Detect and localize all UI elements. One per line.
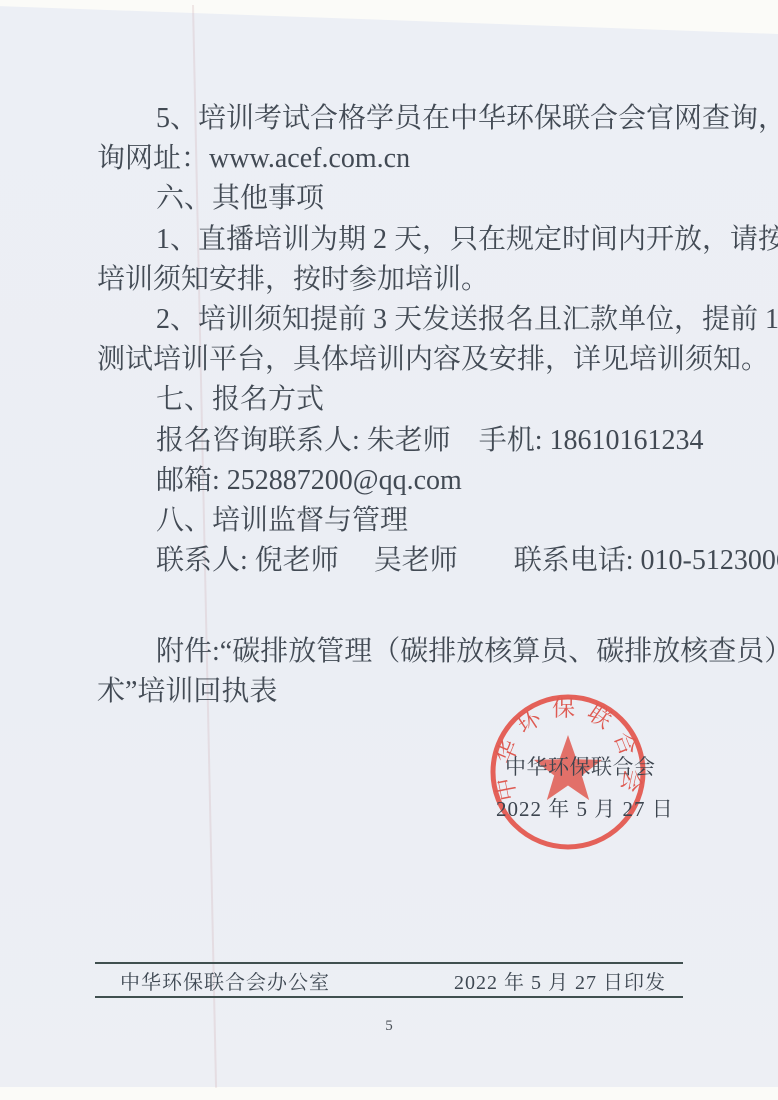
scan-edge-bottom (0, 1087, 778, 1100)
section-heading: 六、其他事项 (97, 179, 697, 219)
signature-date: 2022 年 5 月 27 日 (496, 793, 674, 823)
attachment-line: 附件:“碳排放管理（碳排放核算员、碳排放核查员）技 (97, 632, 697, 672)
body-line: 联系人: 倪老师 吴老师 联系电话: 010-51230063 (97, 541, 697, 581)
body-line: 5、培训考试合格学员在中华环保联合会官网查询，查 (97, 99, 697, 139)
section-heading: 八、培训监督与管理 (97, 501, 697, 541)
section-heading: 七、报名方式 (97, 380, 697, 420)
body-line: 测试培训平台，具体培训内容及安排，详见培训须知。 (97, 340, 697, 380)
body-line: 邮箱: 252887200@qq.com (97, 461, 697, 501)
body-line: 培训须知安排，按时参加培训。 (97, 260, 697, 300)
footer-print-date: 2022 年 5 月 27 日印发 (454, 966, 666, 995)
document-body: 5、培训考试合格学员在中华环保联合会官网查询，查 询网址：www.acef.co… (97, 99, 697, 713)
body-line: 报名咨询联系人: 朱老师 手机: 18610161234 (97, 421, 697, 461)
body-line: 询网址：www.acef.com.cn (97, 139, 697, 179)
page-number: 5 (0, 1018, 778, 1035)
footer-rule-bottom (95, 996, 683, 998)
footer-rule-top (95, 962, 683, 964)
footer-issuing-office: 中华环保联合会办公室 (120, 966, 330, 995)
signature-organization: 中华环保联合会 (505, 751, 656, 781)
attachment-line: 术”培训回执表 (97, 672, 697, 712)
body-line: 2、培训须知提前 3 天发送报名且汇款单位，提前 1 天 (97, 300, 697, 340)
body-line: 1、直播培训为期 2 天，只在规定时间内开放，请按照 (97, 220, 697, 260)
